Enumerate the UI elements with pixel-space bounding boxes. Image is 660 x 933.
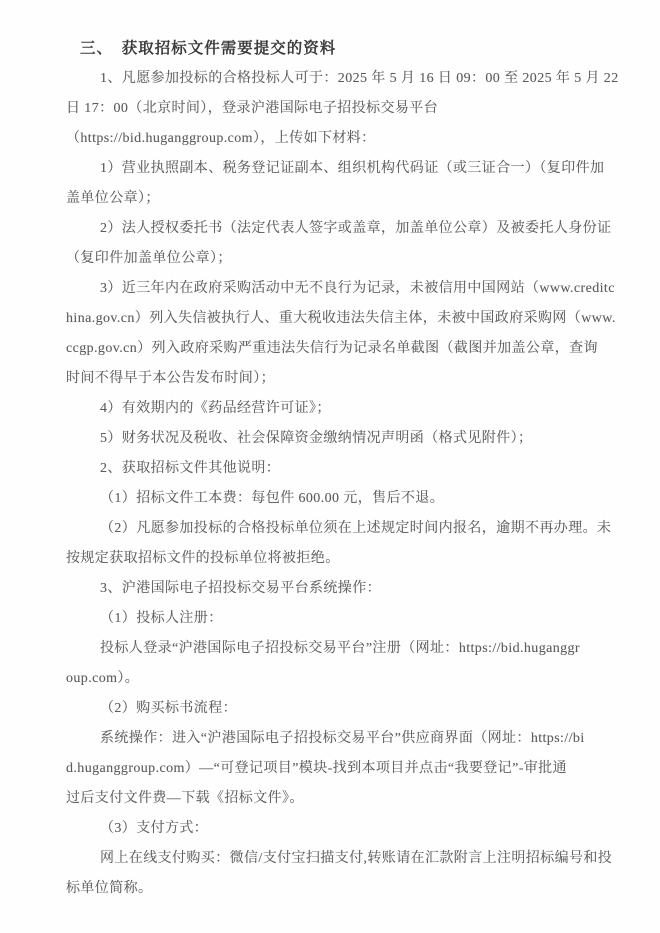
document-line: 系统操作：进入“沪港国际电子招投标交易平台”供应商界面（网址：https://b… bbox=[66, 724, 614, 754]
document-line: 按规定获取招标文件的投标单位将被拒绝。 bbox=[66, 544, 614, 574]
document-line: （2）购买标书流程： bbox=[66, 694, 614, 724]
document-line: d.huganggroup.com）—“可登记项目”模块-找到本项目并点击“我要… bbox=[66, 754, 614, 784]
document-line: ccgp.gov.cn）列入政府采购严重违法失信行为记录名单截图（截图并加盖公章… bbox=[66, 334, 614, 364]
document-line: 4）有效期内的《药品经营许可证》； bbox=[66, 394, 614, 424]
document-line: 标单位简称。 bbox=[66, 874, 614, 904]
document-line: （复印件加盖单位公章）； bbox=[66, 244, 614, 274]
document-line: （1）招标文件工本费：每包件 600.00 元，售后不退。 bbox=[66, 484, 614, 514]
document-line: hina.gov.cn）列入失信被执行人、重大税收违法失信主体，未被中国政府采购… bbox=[66, 304, 614, 334]
document-line: 网上在线支付购买：微信/支付宝扫描支付,转账请在汇款附言上注明招标编号和投 bbox=[66, 844, 614, 874]
document-line: 5）财务状况及税收、社会保障资金缴纳情况声明函（格式见附件）； bbox=[66, 424, 614, 454]
document-line: （3）支付方式： bbox=[66, 814, 614, 844]
document-line: 时间不得早于本公告发布时间）； bbox=[66, 364, 614, 394]
scanned-document-page: 三、 获取招标文件需要提交的资料 1、凡愿参加投标的合格投标人可于：2025 年… bbox=[0, 0, 660, 933]
document-line: 3）近三年内在政府采购活动中无不良行为记录，未被信用中国网站（www.credi… bbox=[66, 274, 614, 304]
document-line: （1）投标人注册： bbox=[66, 604, 614, 634]
document-line: 盖单位公章）； bbox=[66, 184, 614, 214]
document-line: 过后支付文件费—下载《招标文件》。 bbox=[66, 784, 614, 814]
document-line: （2）凡愿参加投标的合格投标单位须在上述规定时间内报名，逾期不再办理。未 bbox=[66, 514, 614, 544]
document-line: 1）营业执照副本、税务登记证副本、组织机构代码证（或三证合一）（复印件加 bbox=[66, 154, 614, 184]
document-line: 2）法人授权委托书（法定代表人签字或盖章，加盖单位公章）及被委托人身份证 bbox=[66, 214, 614, 244]
document-line: 投标人登录“沪港国际电子招投标交易平台”注册（网址：https://bid.hu… bbox=[66, 634, 614, 664]
document-line: 日 17：00（北京时间），登录沪港国际电子招投标交易平台 bbox=[66, 94, 614, 124]
document-line: 1、凡愿参加投标的合格投标人可于：2025 年 5 月 16 日 09：00 至… bbox=[66, 64, 614, 94]
document-line: （https://bid.huganggroup.com），上传如下材料： bbox=[66, 124, 614, 154]
document-body: 1、凡愿参加投标的合格投标人可于：2025 年 5 月 16 日 09：00 至… bbox=[66, 64, 614, 904]
document-line: oup.com）。 bbox=[66, 664, 614, 694]
section-heading: 三、 获取招标文件需要提交的资料 bbox=[66, 34, 614, 64]
document-line: 2、获取招标文件其他说明： bbox=[66, 454, 614, 484]
document-line: 3、沪港国际电子招投标交易平台系统操作： bbox=[66, 574, 614, 604]
